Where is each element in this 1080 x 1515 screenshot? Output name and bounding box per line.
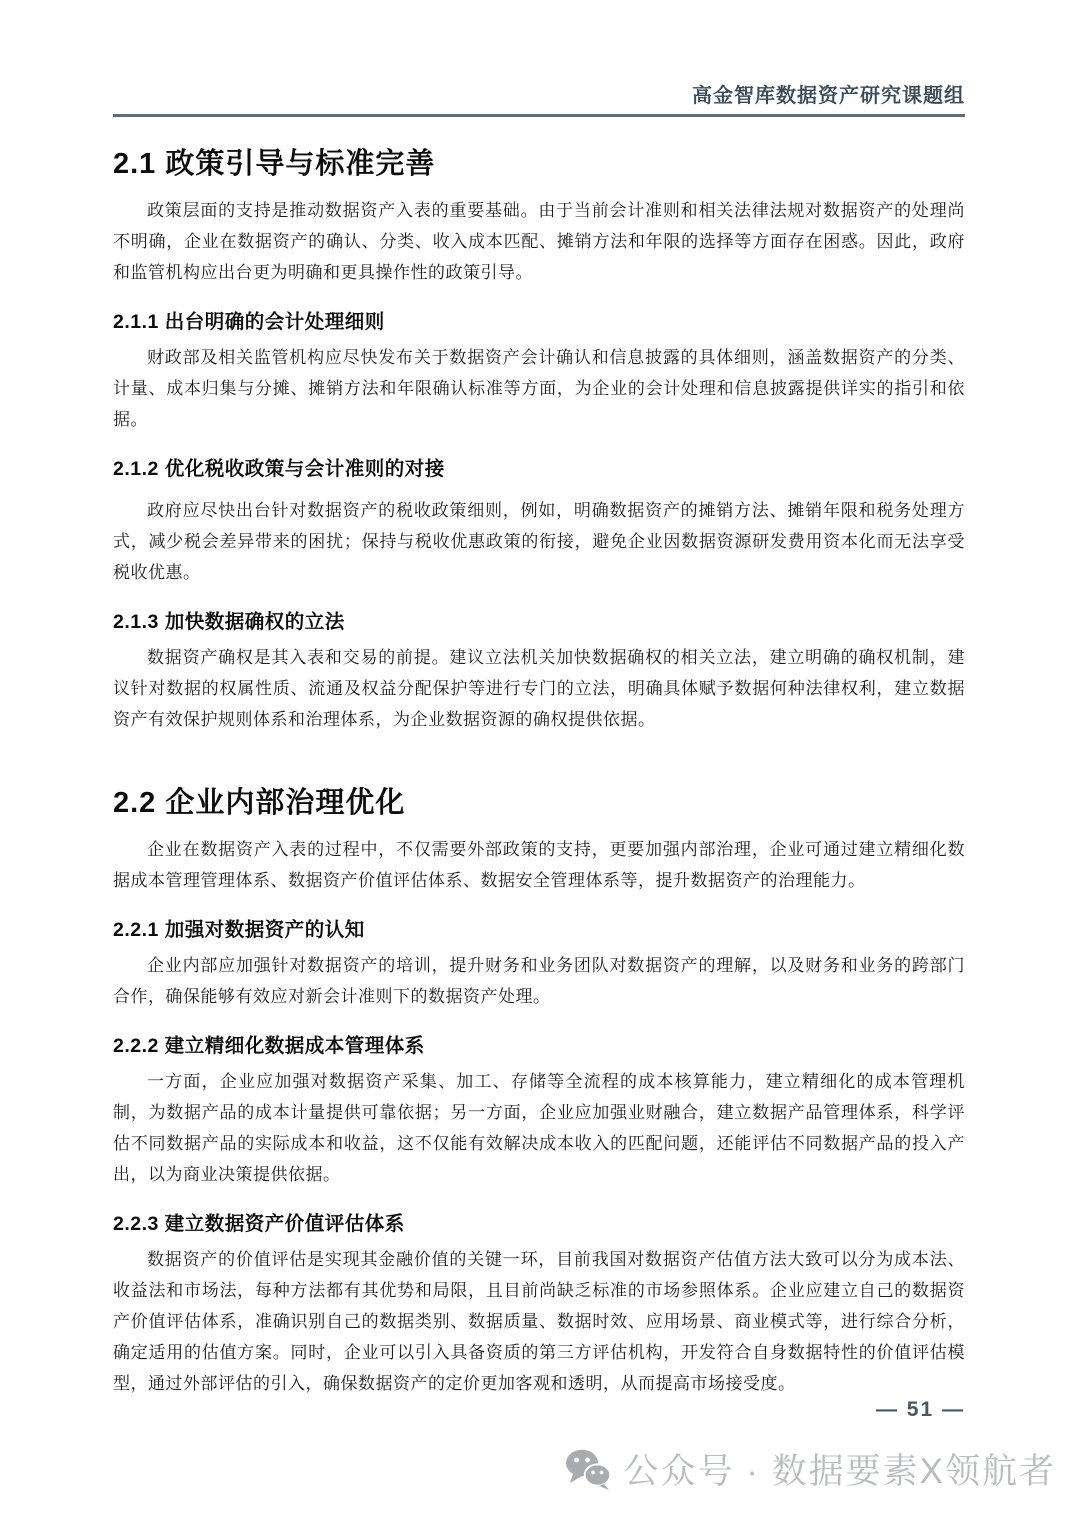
section-2-1-intro: 政策层面的支持是推动数据资产入表的重要基础。由于当前会计准则和相关法律法规对数据… xyxy=(113,195,965,288)
section-2-2-intro: 企业在数据资产入表的过程中，不仅需要外部政策的支持，更要加强内部治理，企业可通过… xyxy=(113,834,965,896)
document-page: 高金智库数据资产研究课题组 2.1 政策引导与标准完善 政策层面的支持是推动数据… xyxy=(0,0,1080,1515)
section-2-2: 2.2 企业内部治理优化 企业在数据资产入表的过程中，不仅需要外部政策的支持，更… xyxy=(113,787,965,1399)
subsection-2-2-2-heading: 2.2.2 建立精细化数据成本管理体系 xyxy=(113,1034,965,1058)
subsection-2-1-1-body: 财政部及相关监管机构应尽快发布关于数据资产会计确认和信息披露的具体细则，涵盖数据… xyxy=(113,342,965,435)
subsection-2-2-3-heading: 2.2.3 建立数据资产价值评估体系 xyxy=(113,1212,965,1236)
subsection-2-1-2-body: 政府应尽快出台针对数据资产的税收政策细则，例如，明确数据资产的摊销方法、摊销年限… xyxy=(113,495,965,588)
section-2-1-heading: 2.1 政策引导与标准完善 xyxy=(113,148,965,180)
page-number: — 51 — xyxy=(876,1398,965,1422)
subsection-2-1-2-heading: 2.1.2 优化税收政策与会计准则的对接 xyxy=(113,457,965,481)
section-2-1: 2.1 政策引导与标准完善 政策层面的支持是推动数据资产入表的重要基础。由于当前… xyxy=(113,148,965,735)
section-2-2-heading: 2.2 企业内部治理优化 xyxy=(113,787,965,819)
wechat-icon xyxy=(564,1448,612,1490)
header-divider xyxy=(113,114,965,117)
watermark-text: 公众号 · 数据要素X领航者 xyxy=(624,1444,1056,1494)
watermark: 公众号 · 数据要素X领航者 xyxy=(564,1444,1056,1494)
subsection-2-2-3-body: 数据资产的价值评估是实现其金融价值的关键一环，目前我国对数据资产估值方法大致可以… xyxy=(113,1244,965,1399)
subsection-2-1-3-body: 数据资产确权是其入表和交易的前提。建议立法机关加快数据确权的相关立法，建立明确的… xyxy=(113,642,965,735)
subsection-2-2-1-body: 企业内部应加强针对数据资产的培训，提升财务和业务团队对数据资产的理解，以及财务和… xyxy=(113,950,965,1012)
header-title: 高金智库数据资产研究课题组 xyxy=(113,84,965,108)
subsection-2-1-1-heading: 2.1.1 出台明确的会计处理细则 xyxy=(113,310,965,334)
subsection-2-2-2-body: 一方面，企业应加强对数据资产采集、加工、存储等全流程的成本核算能力，建立精细化的… xyxy=(113,1066,965,1190)
subsection-2-2-1-heading: 2.2.1 加强对数据资产的认知 xyxy=(113,918,965,942)
subsection-2-1-3-heading: 2.1.3 加快数据确权的立法 xyxy=(113,610,965,634)
